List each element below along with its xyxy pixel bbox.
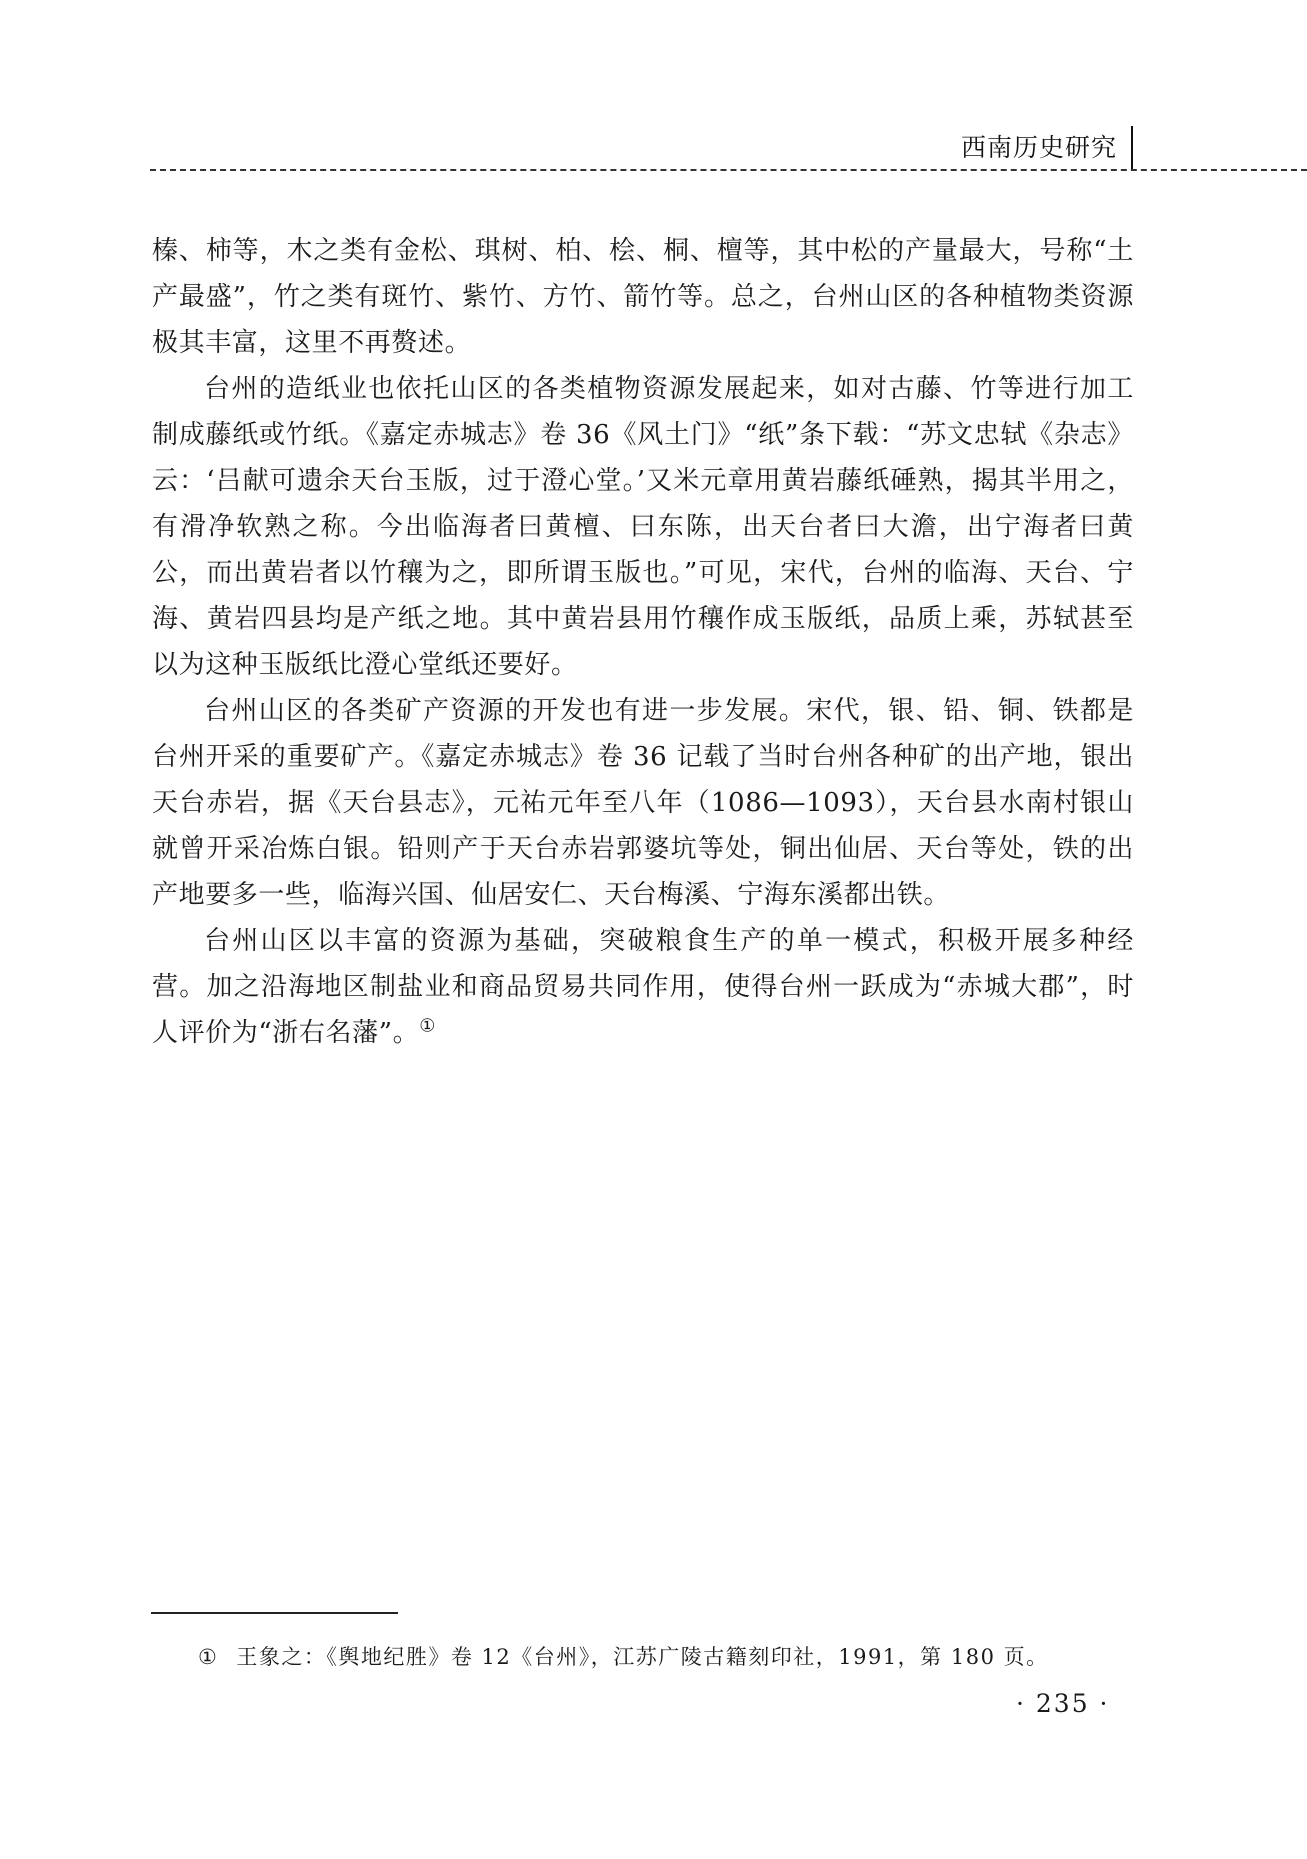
- page-number: · 235 ·: [1016, 1688, 1110, 1720]
- running-header: 西南历史研究: [0, 0, 1307, 175]
- paragraph-2: 台州的造纸业也依托山区的各类植物资源发展起来，如对古藤、竹等进行加工制成藤纸或竹…: [152, 366, 1134, 688]
- footnote-1: ①王象之：《舆地纪胜》卷 12《台州》，江苏广陵古籍刻印社，1991，第 180…: [198, 1642, 1128, 1672]
- header-dashed-rule: [150, 169, 1307, 171]
- running-title: 西南历史研究: [961, 132, 1117, 164]
- footnote-reference[interactable]: ①: [419, 1015, 436, 1036]
- paragraph-3: 台州山区的各类矿产资源的开发也有进一步发展。宋代，银、铅、铜、铁都是台州开采的重…: [152, 688, 1134, 918]
- body-text: 榛、柿等，木之类有金松、琪树、柏、桧、桐、檀等，其中松的产量最大，号称“土产最盛…: [152, 228, 1134, 1056]
- footnote-text: 王象之：《舆地纪胜》卷 12《台州》，江苏广陵古籍刻印社，1991，第 180 …: [236, 1645, 1048, 1669]
- paragraph-4-text: 台州山区以丰富的资源为基础，突破粮食生产的单一模式，积极开展多种经营。加之沿海地…: [152, 926, 1134, 1048]
- paragraph-1: 榛、柿等，木之类有金松、琪树、柏、桧、桐、檀等，其中松的产量最大，号称“土产最盛…: [152, 228, 1134, 366]
- header-vertical-bar: [1131, 126, 1133, 170]
- paragraph-4: 台州山区以丰富的资源为基础，突破粮食生产的单一模式，积极开展多种经营。加之沿海地…: [152, 918, 1134, 1056]
- footnote-mark: ①: [198, 1645, 218, 1669]
- footnote-separator: [151, 1612, 398, 1614]
